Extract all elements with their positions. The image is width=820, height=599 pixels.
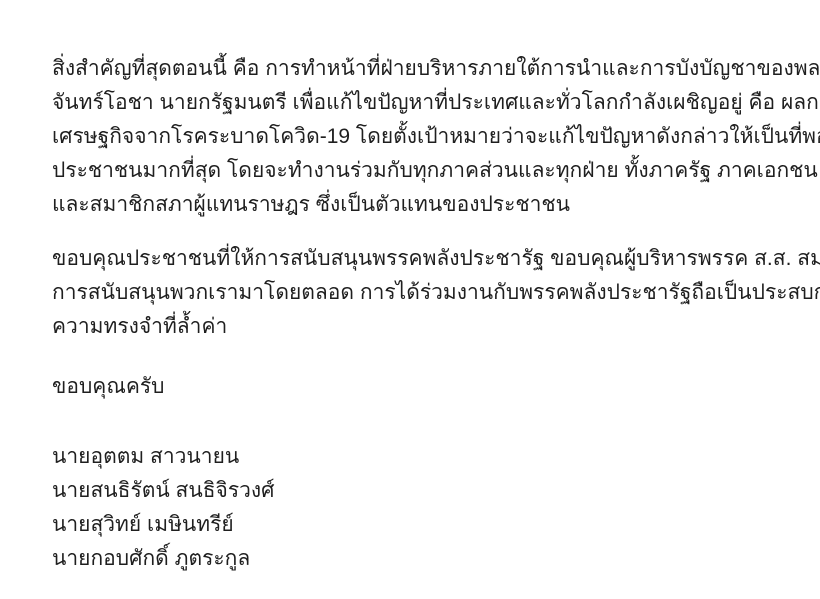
statement-paragraph-2: ขอบคุณประชาชนที่ให้การสนับสนุนพรรคพลังปร… [52, 242, 772, 344]
signatory-list: นายอุตตม สาวนายน นายสนธิรัตน์ สนธิจิรวงศ… [52, 440, 772, 576]
statement-paragraph-1: สิ่งสำคัญที่สุดตอนนี้ คือ การทำหน้าที่ฝ่… [52, 52, 772, 222]
closing-thanks-text: ขอบคุณครับ [52, 370, 772, 404]
statement-line: การสนับสนุนพวกเรามาโดยตลอด การได้ร่วมงาน… [52, 276, 772, 310]
statement-line: สิ่งสำคัญที่สุดตอนนี้ คือ การทำหน้าที่ฝ่… [52, 52, 772, 86]
statement-line: จันทร์โอชา นายกรัฐมนตรี เพื่อแก้ไขปัญหาท… [52, 86, 772, 120]
signatory-name: นายอุตตม สาวนายน [52, 440, 772, 474]
statement-line: ความทรงจำที่ล้ำค่า [52, 310, 772, 344]
statement-line: เศรษฐกิจจากโรคระบาดโควิด-19 โดยตั้งเป้าห… [52, 120, 772, 154]
signatory-name: นายสนธิรัตน์ สนธิจิรวงศ์ [52, 474, 772, 508]
signatory-name: นายกอบศักดิ์ ภูตระกูล [52, 542, 772, 576]
closing-thanks: ขอบคุณครับ [52, 370, 772, 404]
statement-document: สิ่งสำคัญที่สุดตอนนี้ คือ การทำหน้าที่ฝ่… [0, 0, 820, 599]
statement-line: และสมาชิกสภาผู้แทนราษฎร ซึ่งเป็นตัวแทนขอ… [52, 188, 772, 222]
statement-line: ขอบคุณประชาชนที่ให้การสนับสนุนพรรคพลังปร… [52, 242, 772, 276]
signatory-name: นายสุวิทย์ เมษินทรีย์ [52, 508, 772, 542]
statement-line: ประชาชนมากที่สุด โดยจะทำงานร่วมกับทุกภาค… [52, 154, 772, 188]
